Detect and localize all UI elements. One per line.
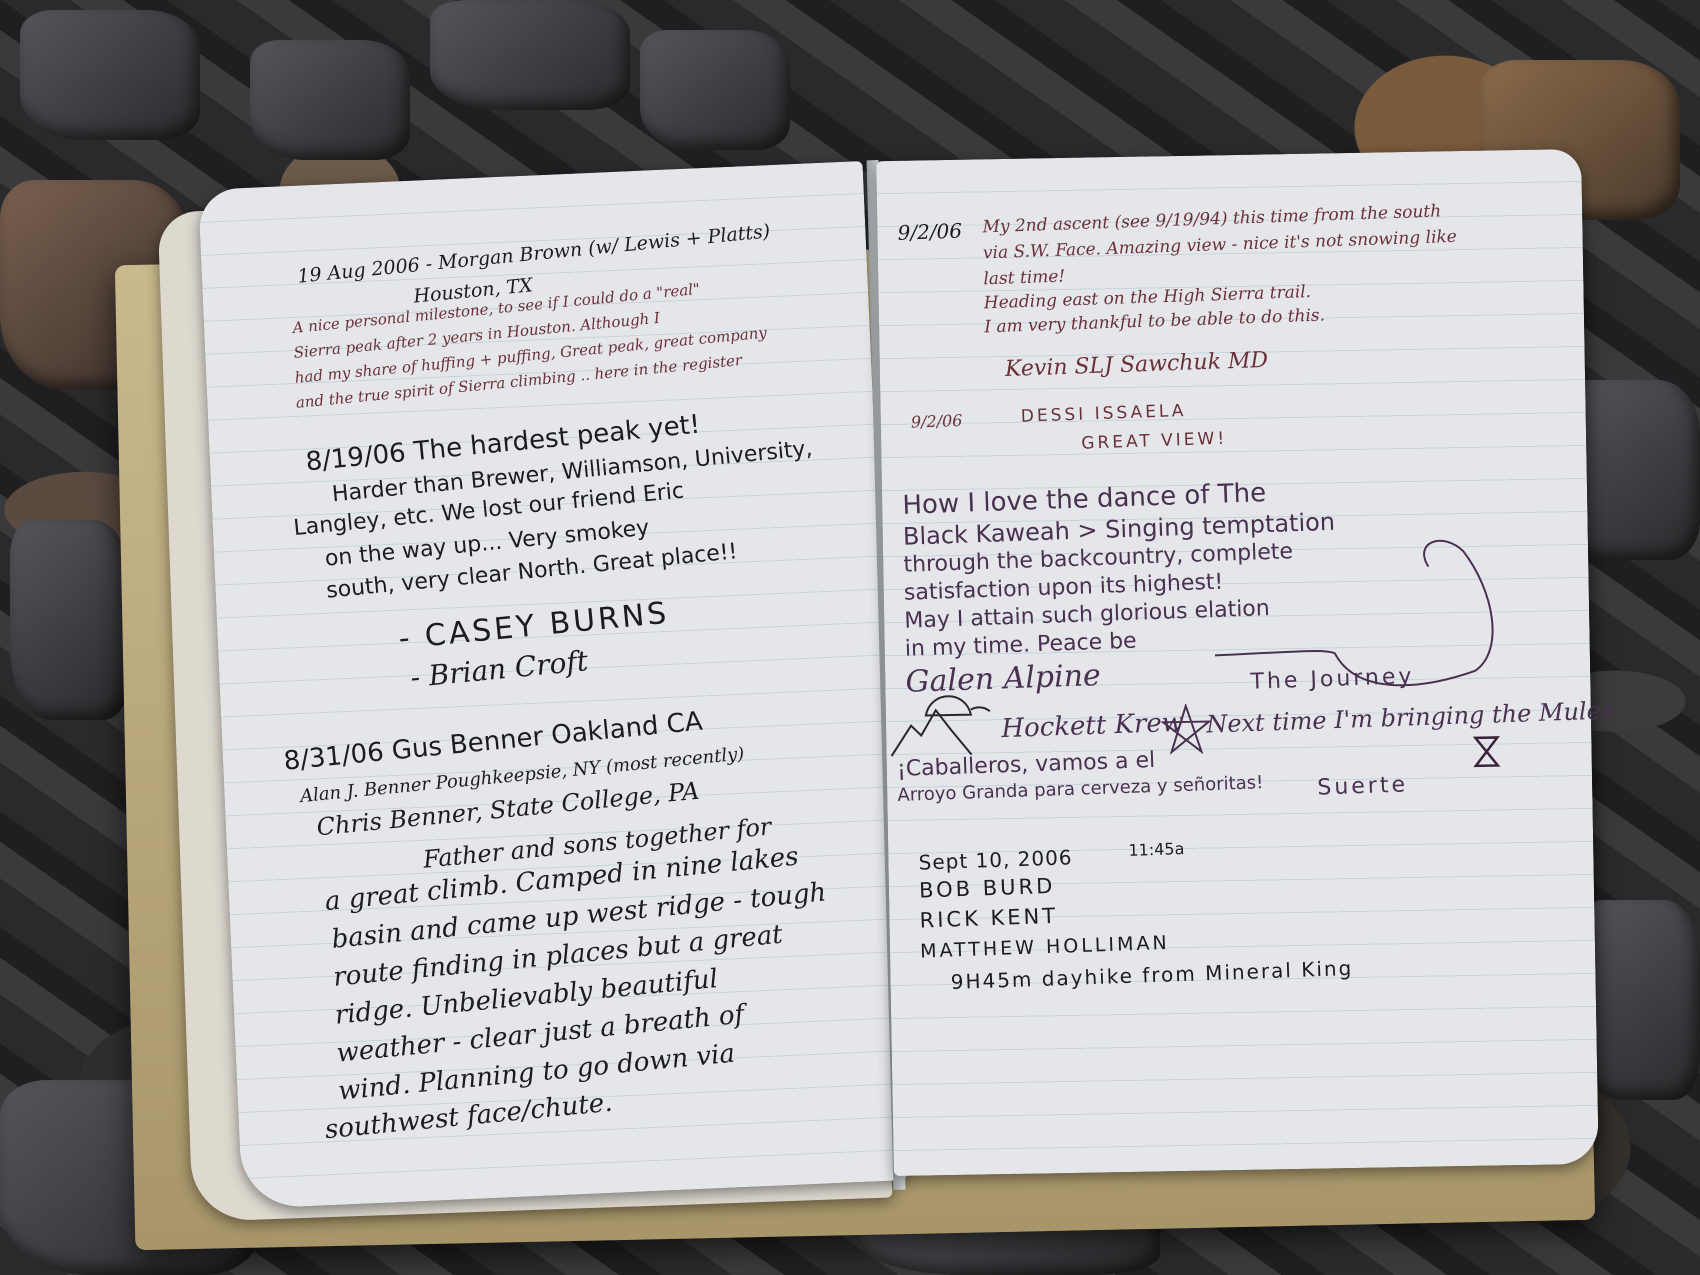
entry-time: 11:45a [1128,839,1185,860]
entry-line: GREAT VIEW! [1081,429,1227,454]
rock [20,10,200,140]
climber-name: BOB BURD [919,874,1056,904]
hourglass-symbol [1471,735,1502,768]
rock [250,40,410,160]
entry-note: 9H45m dayhike from Mineral King [950,956,1353,994]
mountain-tortoise-drawing [885,679,996,761]
entry-line: Next time I'm bringing the Mules [1206,696,1614,739]
entry-header: 19 Aug 2006 - Morgan Brown (w/ Lewis + P… [296,220,771,288]
notebook-right-page: 9/2/06 My 2nd ascent (see 9/19/94) this … [876,149,1599,1176]
entry-date: Sept 10, 2006 [918,845,1073,874]
entry-date: 9/2/06 [911,411,963,432]
climber-name: RICK KENT [919,904,1058,934]
rock [1580,900,1700,1100]
entry-line: last time! [983,267,1065,290]
entry-line: Suerte [1317,772,1409,802]
notebook-left-page: 19 Aug 2006 - Morgan Brown (w/ Lewis + P… [198,161,907,1209]
entry-line: DESSI ISSAELA [1021,401,1187,427]
rock [430,0,630,110]
entry-date: 9/2/06 [897,219,962,245]
pentagram-drawing [1161,703,1212,754]
signature: Kevin SLJ Sawchuk MD [1005,348,1269,384]
rock [10,520,130,720]
climber-name: MATTHEW HOLLIMAN [920,932,1170,963]
rock [640,30,790,150]
entry-line: Hockett Krew [1001,708,1185,746]
